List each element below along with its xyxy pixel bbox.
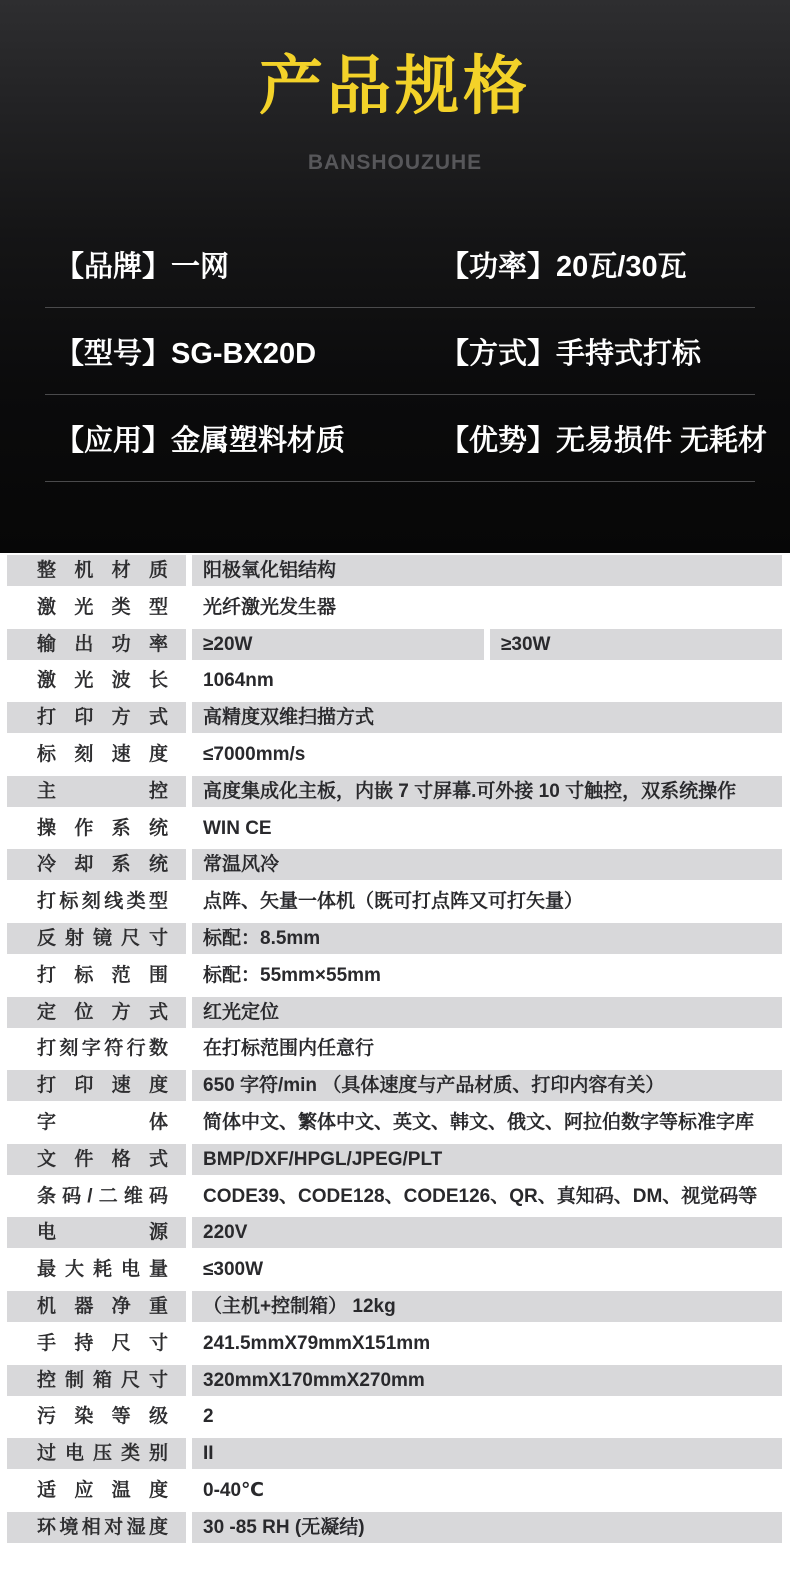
spec-value: 红光定位 (192, 997, 782, 1028)
spec-value: ≥20W (192, 629, 484, 660)
spec-value: ≤7000mm/s (192, 739, 782, 770)
spec-row: 环境相对湿度 30 -85 RH (无凝结) (7, 1512, 782, 1543)
spec-value: CODE39、CODE128、CODE126、QR、真知码、DM、视觉码等 (192, 1181, 782, 1212)
spec-row: 电源 220V (7, 1217, 782, 1248)
spec-value: ≤300W (192, 1254, 782, 1285)
spec-values: 标配：8.5mm (192, 923, 782, 954)
spec-values: 241.5mmX79mmX151mm (192, 1328, 782, 1359)
spec-row: 激光类型 光纤激光发生器 (7, 592, 782, 623)
spec-row: 适应温度 0-40℃ (7, 1475, 782, 1506)
spec-value: 320mmX170mmX270mm (192, 1365, 782, 1396)
spec-row: 文件格式 BMP/DXF/HPGL/JPEG/PLT (7, 1144, 782, 1175)
spec-values: CODE39、CODE128、CODE126、QR、真知码、DM、视觉码等 (192, 1181, 782, 1212)
spec-label: 打刻字符行数 (7, 1033, 186, 1064)
highlight-info: 【品牌】一网 【功率】20瓦/30瓦 【型号】SG-BX20D 【方式】手持式打… (45, 221, 755, 482)
spec-value: 常温风冷 (192, 849, 782, 880)
spec-value: 高度集成化主板，内嵌 7 寸屏幕.可外接 10 寸触控，双系统操作 (192, 776, 782, 807)
spec-row: 手持尺寸 241.5mmX79mmX151mm (7, 1328, 782, 1359)
spec-row: 整机材质 阳极氧化铝结构 (7, 555, 782, 586)
spec-value: 0-40℃ (192, 1475, 782, 1506)
spec-value: 2 (192, 1401, 782, 1432)
spec-row: 反射镜尺寸 标配：8.5mm (7, 923, 782, 954)
spec-values: 常温风冷 (192, 849, 782, 880)
spec-row: 打标刻线类型 点阵、矢量一体机（既可打点阵又可打矢量） (7, 886, 782, 917)
info-row: 【应用】金属塑料材质 【优势】无易损件 无耗材 (45, 395, 755, 482)
spec-label: 机器净重 (7, 1291, 186, 1322)
spec-row: 污染等级 2 (7, 1401, 782, 1432)
spec-values: （主机+控制箱） 12kg (192, 1291, 782, 1322)
spec-values: 高精度双维扫描方式 (192, 702, 782, 733)
spec-row: 字体 简体中文、繁体中文、英文、韩文、俄文、阿拉伯数字等标准字库 (7, 1107, 782, 1138)
spec-value: 1064nm (192, 665, 782, 696)
spec-values: ≤7000mm/s (192, 739, 782, 770)
spec-row: 标刻速度 ≤7000mm/s (7, 739, 782, 770)
spec-row: 打印速度 650 字符/min （具体速度与产品材质、打印内容有关） (7, 1070, 782, 1101)
spec-label: 打印方式 (7, 702, 186, 733)
spec-label: 输出功率 (7, 629, 186, 660)
info-row: 【品牌】一网 【功率】20瓦/30瓦 (45, 221, 755, 308)
spec-values: 红光定位 (192, 997, 782, 1028)
spec-value: II (192, 1438, 782, 1469)
spec-value: ≥30W (490, 629, 782, 660)
spec-values: 0-40℃ (192, 1475, 782, 1506)
spec-value: 30 -85 RH (无凝结) (192, 1512, 782, 1543)
info-application: 【应用】金属塑料材质 (45, 418, 430, 459)
spec-label: 打标范围 (7, 960, 186, 991)
spec-label: 定位方式 (7, 997, 186, 1028)
spec-values: WIN CE (192, 813, 782, 844)
spec-table: 整机材质 阳极氧化铝结构 激光类型 光纤激光发生器 输出功率 ≥20W≥30W … (7, 553, 782, 1543)
spec-values: 简体中文、繁体中文、英文、韩文、俄文、阿拉伯数字等标准字库 (192, 1107, 782, 1138)
spec-label: 冷却系统 (7, 849, 186, 880)
spec-label: 手持尺寸 (7, 1328, 186, 1359)
info-model: 【型号】SG-BX20D (45, 331, 430, 372)
page-subtitle: BANSHOUZUHE (0, 152, 790, 173)
spec-values: 高度集成化主板，内嵌 7 寸屏幕.可外接 10 寸触控，双系统操作 (192, 776, 782, 807)
spec-row: 条码/二维码 CODE39、CODE128、CODE126、QR、真知码、DM、… (7, 1181, 782, 1212)
spec-row: 输出功率 ≥20W≥30W (7, 629, 782, 660)
spec-label: 激光波长 (7, 665, 186, 696)
spec-values: 点阵、矢量一体机（既可打点阵又可打矢量） (192, 886, 782, 917)
info-row: 【型号】SG-BX20D 【方式】手持式打标 (45, 308, 755, 395)
info-advantage: 【优势】无易损件 无耗材 (430, 418, 767, 459)
spec-label: 适应温度 (7, 1475, 186, 1506)
spec-values: 30 -85 RH (无凝结) (192, 1512, 782, 1543)
spec-row: 定位方式 红光定位 (7, 997, 782, 1028)
spec-row: 过电压类别 II (7, 1438, 782, 1469)
spec-row: 激光波长 1064nm (7, 665, 782, 696)
spec-values: 光纤激光发生器 (192, 592, 782, 623)
spec-values: 220V (192, 1217, 782, 1248)
spec-value: 光纤激光发生器 (192, 592, 782, 623)
spec-row: 冷却系统 常温风冷 (7, 849, 782, 880)
spec-label: 标刻速度 (7, 739, 186, 770)
spec-row: 主控 高度集成化主板，内嵌 7 寸屏幕.可外接 10 寸触控，双系统操作 (7, 776, 782, 807)
spec-values: II (192, 1438, 782, 1469)
spec-value: 高精度双维扫描方式 (192, 702, 782, 733)
page-title: 产品规格 (0, 0, 790, 118)
spec-value: （主机+控制箱） 12kg (192, 1291, 782, 1322)
info-power: 【功率】20瓦/30瓦 (430, 244, 755, 285)
spec-label: 控制箱尺寸 (7, 1365, 186, 1396)
spec-value: 标配：8.5mm (192, 923, 782, 954)
spec-values: 2 (192, 1401, 782, 1432)
spec-label: 打标刻线类型 (7, 886, 186, 917)
spec-value: 简体中文、繁体中文、英文、韩文、俄文、阿拉伯数字等标准字库 (192, 1107, 782, 1138)
hero-banner: 产品规格 BANSHOUZUHE 【品牌】一网 【功率】20瓦/30瓦 【型号】… (0, 0, 790, 553)
info-brand: 【品牌】一网 (45, 244, 430, 285)
spec-value: 650 字符/min （具体速度与产品材质、打印内容有关） (192, 1070, 782, 1101)
spec-value: WIN CE (192, 813, 782, 844)
spec-values: 标配：55mm×55mm (192, 960, 782, 991)
spec-row: 打刻字符行数 在打标范围内任意行 (7, 1033, 782, 1064)
spec-row: 打印方式 高精度双维扫描方式 (7, 702, 782, 733)
spec-values: ≥20W≥30W (192, 629, 782, 660)
spec-label: 字体 (7, 1107, 186, 1138)
spec-value: 阳极氧化铝结构 (192, 555, 782, 586)
spec-label: 污染等级 (7, 1401, 186, 1432)
spec-values: 1064nm (192, 665, 782, 696)
spec-label: 环境相对湿度 (7, 1512, 186, 1543)
spec-label: 文件格式 (7, 1144, 186, 1175)
spec-label: 电源 (7, 1217, 186, 1248)
spec-value: 241.5mmX79mmX151mm (192, 1328, 782, 1359)
spec-value: 点阵、矢量一体机（既可打点阵又可打矢量） (192, 886, 782, 917)
spec-value: BMP/DXF/HPGL/JPEG/PLT (192, 1144, 782, 1175)
spec-values: 650 字符/min （具体速度与产品材质、打印内容有关） (192, 1070, 782, 1101)
spec-label: 主控 (7, 776, 186, 807)
spec-label: 整机材质 (7, 555, 186, 586)
spec-values: 320mmX170mmX270mm (192, 1365, 782, 1396)
spec-label: 打印速度 (7, 1070, 186, 1101)
spec-value: 标配：55mm×55mm (192, 960, 782, 991)
spec-row: 机器净重 （主机+控制箱） 12kg (7, 1291, 782, 1322)
spec-values: 在打标范围内任意行 (192, 1033, 782, 1064)
spec-row: 打标范围 标配：55mm×55mm (7, 960, 782, 991)
product-spec-page: 产品规格 BANSHOUZUHE 【品牌】一网 【功率】20瓦/30瓦 【型号】… (0, 0, 790, 1592)
spec-label: 条码/二维码 (7, 1181, 186, 1212)
spec-label: 过电压类别 (7, 1438, 186, 1469)
spec-values: BMP/DXF/HPGL/JPEG/PLT (192, 1144, 782, 1175)
spec-value: 220V (192, 1217, 782, 1248)
spec-row: 操作系统 WIN CE (7, 813, 782, 844)
spec-row: 控制箱尺寸 320mmX170mmX270mm (7, 1365, 782, 1396)
spec-label: 操作系统 (7, 813, 186, 844)
info-mode: 【方式】手持式打标 (430, 331, 755, 372)
spec-row: 最大耗电量 ≤300W (7, 1254, 782, 1285)
spec-values: ≤300W (192, 1254, 782, 1285)
spec-label: 激光类型 (7, 592, 186, 623)
spec-value: 在打标范围内任意行 (192, 1033, 782, 1064)
spec-label: 最大耗电量 (7, 1254, 186, 1285)
spec-values: 阳极氧化铝结构 (192, 555, 782, 586)
spec-label: 反射镜尺寸 (7, 923, 186, 954)
